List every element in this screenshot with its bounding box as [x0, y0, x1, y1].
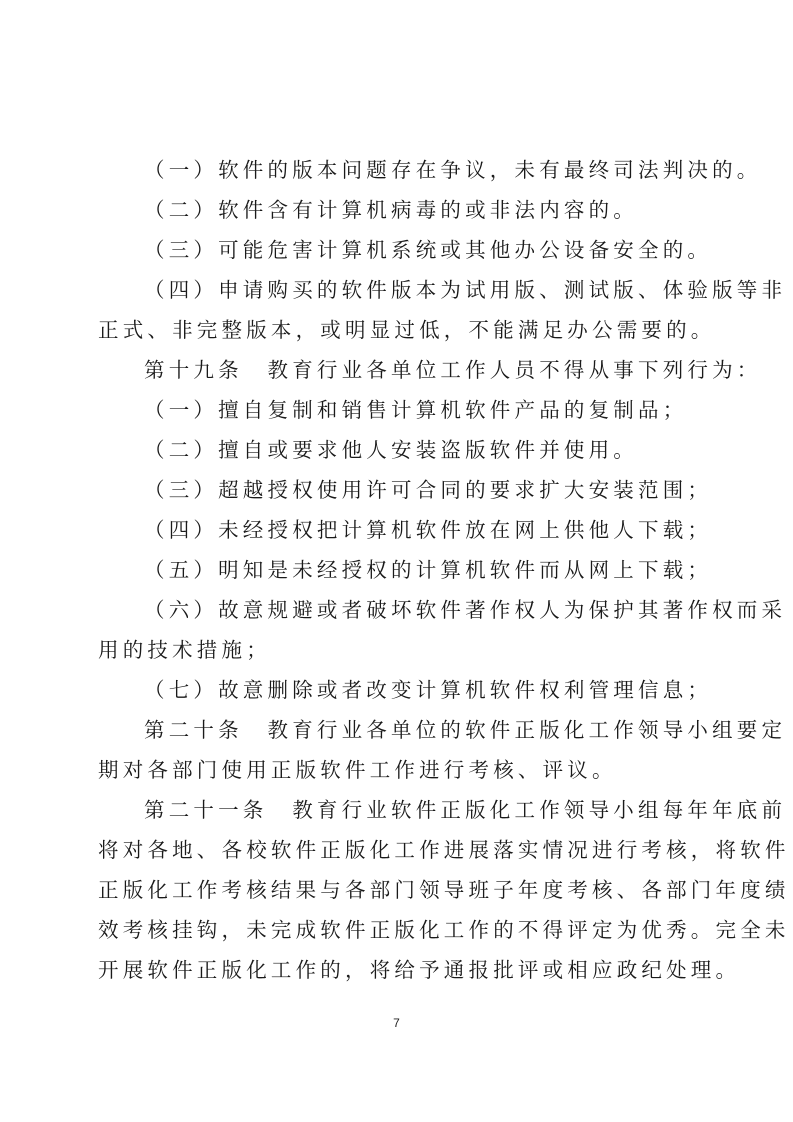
article-19-item-2: （二）擅自或要求他人安装盗版软件并使用。	[98, 430, 698, 470]
article-19-item-3: （三）超越授权使用许可合同的要求扩大安装范围；	[98, 470, 698, 510]
list-item-3-security-risk: （三）可能危害计算机系统或其他办公设备安全的。	[98, 230, 698, 270]
article-19-item-1: （一）擅自复制和销售计算机软件产品的复制品；	[98, 390, 698, 430]
list-item-2-virus-content: （二）软件含有计算机病毒的或非法内容的。	[98, 190, 698, 230]
list-item-1-disputed-version: （一）软件的版本问题存在争议，未有最终司法判决的。	[98, 150, 698, 190]
article-19-item-5: （五）明知是未经授权的计算机软件而从网上下载；	[98, 550, 698, 590]
article-19-item-6: （六）故意规避或者破坏软件著作权人为保护其著作权而采	[98, 590, 698, 630]
list-item-4-continued: 正式、非完整版本，或明显过低，不能满足办公需要的。	[98, 310, 698, 350]
article-19-heading: 第十九条 教育行业各单位工作人员不得从事下列行为：	[98, 350, 698, 390]
document-body: （一）软件的版本问题存在争议，未有最终司法判决的。 （二）软件含有计算机病毒的或…	[98, 150, 698, 990]
article-21-line-2: 将对各地、各校软件正版化工作进展落实情况进行考核，将软件	[98, 830, 698, 870]
article-20-paragraph: 第二十条 教育行业各单位的软件正版化工作领导小组要定	[98, 710, 698, 750]
article-19-item-7: （七）故意删除或者改变计算机软件权利管理信息；	[98, 670, 698, 710]
article-21-paragraph: 第二十一条 教育行业软件正版化工作领导小组每年年底前	[98, 790, 698, 830]
article-21-line-4: 效考核挂钩，未完成软件正版化工作的不得评定为优秀。完全未	[98, 910, 698, 950]
article-19-item-6-continued: 用的技术措施；	[98, 630, 698, 670]
article-21-line-5: 开展软件正版化工作的，将给予通报批评或相应政纪处理。	[98, 950, 698, 990]
document-page: （一）软件的版本问题存在争议，未有最终司法判决的。 （二）软件含有计算机病毒的或…	[0, 0, 793, 1122]
article-20-continued: 期对各部门使用正版软件工作进行考核、评议。	[98, 750, 698, 790]
article-19-item-4: （四）未经授权把计算机软件放在网上供他人下载；	[98, 510, 698, 550]
page-number: 7	[0, 1016, 793, 1030]
article-21-line-3: 正版化工作考核结果与各部门领导班子年度考核、各部门年度绩	[98, 870, 698, 910]
list-item-4-trial-version: （四）申请购买的软件版本为试用版、测试版、体验版等非	[98, 270, 698, 310]
